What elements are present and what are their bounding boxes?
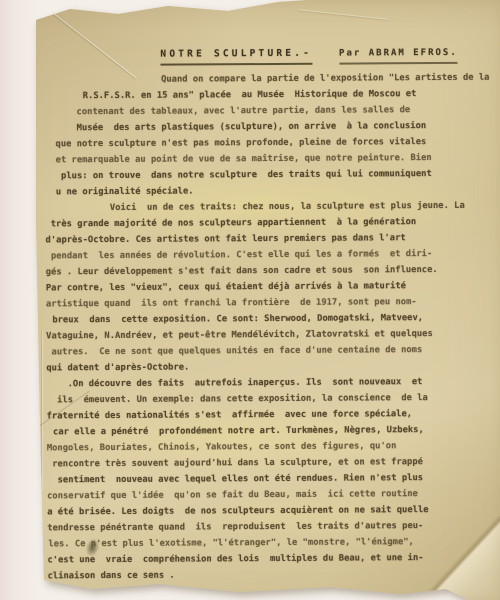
paper-shadow-wrap: NOTRE SCULPTURE.- Par ABRAM EFROS. Quand… [0, 0, 500, 600]
text-line: clinaison dans ce sens . [48, 566, 500, 585]
document-byline: Par ABRAM EFROS. [339, 45, 458, 65]
text-line: plus: on trouve dans notre sculpture des… [45, 166, 497, 185]
text-line: contenant des tableaux, avec l'autre par… [45, 102, 497, 121]
text-line: rencontre très souvent aujourd'hui dans … [47, 454, 499, 473]
text-line: les. Ce n'est plus l'exotisme, "l'étrang… [48, 534, 500, 553]
scan-background: NOTRE SCULPTURE.- Par ABRAM EFROS. Quand… [0, 0, 500, 600]
margin-asterisk-mark: ✳ [32, 343, 40, 355]
text-line: gés . Leur développement s'est fait dans… [46, 262, 498, 281]
text-line: ils émeuvent. Un exemple: dans cette exp… [46, 390, 498, 409]
paper-crease [41, 330, 42, 490]
body-text: Quand on compare la partie de l'expositi… [45, 70, 500, 585]
document-title: NOTRE SCULPTURE.- [160, 46, 312, 66]
paper-crease [298, 9, 388, 19]
document-text: NOTRE SCULPTURE.- Par ABRAM EFROS. Quand… [44, 45, 499, 585]
text-line: autres. Ce ne sont que quelques unités e… [46, 342, 498, 361]
title-row: NOTRE SCULPTURE.- Par ABRAM EFROS. [160, 45, 496, 66]
text-line: conservatif que l'idée qu'on se fait du … [47, 486, 499, 505]
typewritten-page: NOTRE SCULPTURE.- Par ABRAM EFROS. Quand… [0, 0, 500, 600]
text-line: et remarquable au point de vue de sa maî… [45, 150, 497, 169]
text-line: Voici un de ces traits: chez nous, la sc… [46, 198, 498, 217]
